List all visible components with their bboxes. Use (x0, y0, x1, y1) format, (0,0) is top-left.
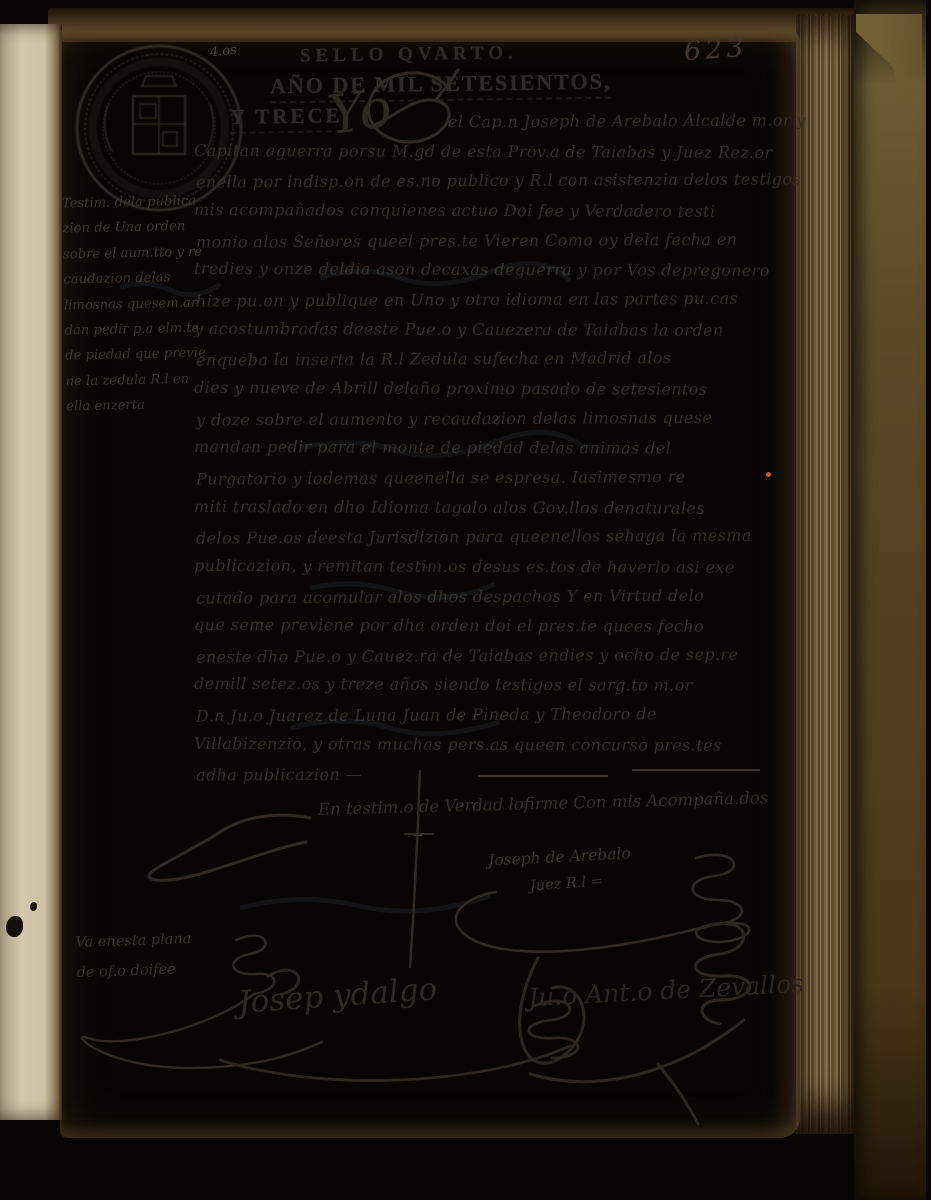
cross-mark: + (412, 828, 424, 844)
vellum-cover (854, 0, 926, 1200)
seal-quartos-mark: 4.os (209, 43, 237, 61)
body-line: Villabizenzio, y otras muchas pers.as qu… (194, 729, 800, 761)
ink-blot (6, 916, 23, 937)
body-line: eneste dho Pue.o y Cauez.ra de Taiabas e… (196, 639, 802, 672)
signature-zevallos: Ju.o Ant.o de Zevallos (527, 969, 804, 1012)
body-line: el Cap.n Joseph de Arebalo Alcalde m.or … (196, 105, 802, 138)
side-note-line-2: de of.o doifee (76, 954, 193, 988)
margin-line: limosnas quesem.an (64, 290, 205, 318)
body-line: adha publicazion — (196, 758, 802, 791)
body-line: mandan pedir para el monte de piedad del… (194, 432, 800, 464)
signature-arebalo-name: Joseph de Arebalo (488, 844, 632, 869)
margin-line: sobre el aum.tto y re (63, 239, 204, 267)
body-line: miti traslado en dho Idioma tagalo alos … (194, 491, 800, 523)
body-line: Capitan aguerra porsu M.gd de esta Prov.… (194, 136, 800, 168)
margin-line: zion de Una orden (62, 214, 203, 242)
margin-line: ne la zedula R.l en (65, 366, 206, 394)
body-line: enqueba la inserta la R.l Zedula sufecha… (196, 343, 802, 376)
stamp-header-ano: AÑO DE MIL SETESIENTOS, (270, 69, 612, 104)
body-line: hize pu.on y publique en Uno y otro idio… (196, 283, 802, 316)
red-speck (766, 472, 771, 477)
body-line: publicazion, y remitan testim.os desus e… (194, 551, 800, 583)
body-line: monio alos Señores queel pres.te Vieren … (196, 224, 802, 257)
folio-number: 623 (683, 32, 749, 67)
manuscript-photo: 4.os SELLO QVARTO. AÑO DE MIL SETESIENTO… (0, 0, 931, 1200)
margin-line: ella enzerta (66, 392, 207, 420)
side-note-line-1: Va enesta plana (75, 924, 192, 958)
body-line: dies y nueve de Abrill delaño proximo pa… (194, 373, 800, 405)
body-line: que seme previene por dha orden doi el p… (194, 610, 800, 642)
body-line: mis acompañados conquienes actuo Doi fee… (194, 195, 800, 227)
body-line: Purgatorio y lodemas queenella se espres… (196, 461, 802, 494)
body-line: delos Pue.os deesta Jurisdizion para que… (196, 521, 802, 554)
left-page-edge (0, 24, 62, 1120)
body-line: y doze sobre el aumento y recaudazion de… (196, 402, 802, 435)
signature-arebalo-title: Juez R.l = (530, 873, 604, 894)
body-line: y acostumbradas deeste Pue.o y Cauezera … (194, 314, 800, 346)
stamp-header-sello-quarto: SELLO QVARTO. (300, 42, 518, 67)
body-line: tredies y onze deldia ason decaxas degue… (194, 254, 800, 286)
body-text: el Cap.n Joseph de Arebalo Alcalde m.or … (194, 107, 800, 789)
margin-line: de piedad que previe (65, 341, 206, 369)
attestation-line: En testim.o de Verdad lofirme Con mis Ac… (318, 788, 769, 819)
body-line: enella por indisp.on de es.no publico y … (196, 165, 802, 198)
document-page: 4.os SELLO QVARTO. AÑO DE MIL SETESIENTO… (60, 28, 800, 1138)
book-fore-edge (796, 14, 856, 1134)
ink-blot-small (30, 902, 37, 911)
body-line: D.n Ju.o Juarez de Luna Juan de Pineda y… (196, 699, 802, 732)
margin-line: dan pedir p.a elm.te (64, 316, 205, 344)
body-line: demill setez.os y treze años siendo test… (194, 669, 800, 701)
signature-hidalgo: Josep ydalgo (237, 971, 438, 1021)
margin-line: caudazion delas (63, 265, 204, 293)
office-side-note: Va enesta plana de of.o doifee (75, 924, 193, 988)
margin-note: Testim. dela publica zion de Una orden s… (62, 189, 207, 421)
margin-line: Testim. dela publica (62, 189, 203, 217)
body-line: cutado para acomular alos dhos despachos… (196, 580, 802, 613)
